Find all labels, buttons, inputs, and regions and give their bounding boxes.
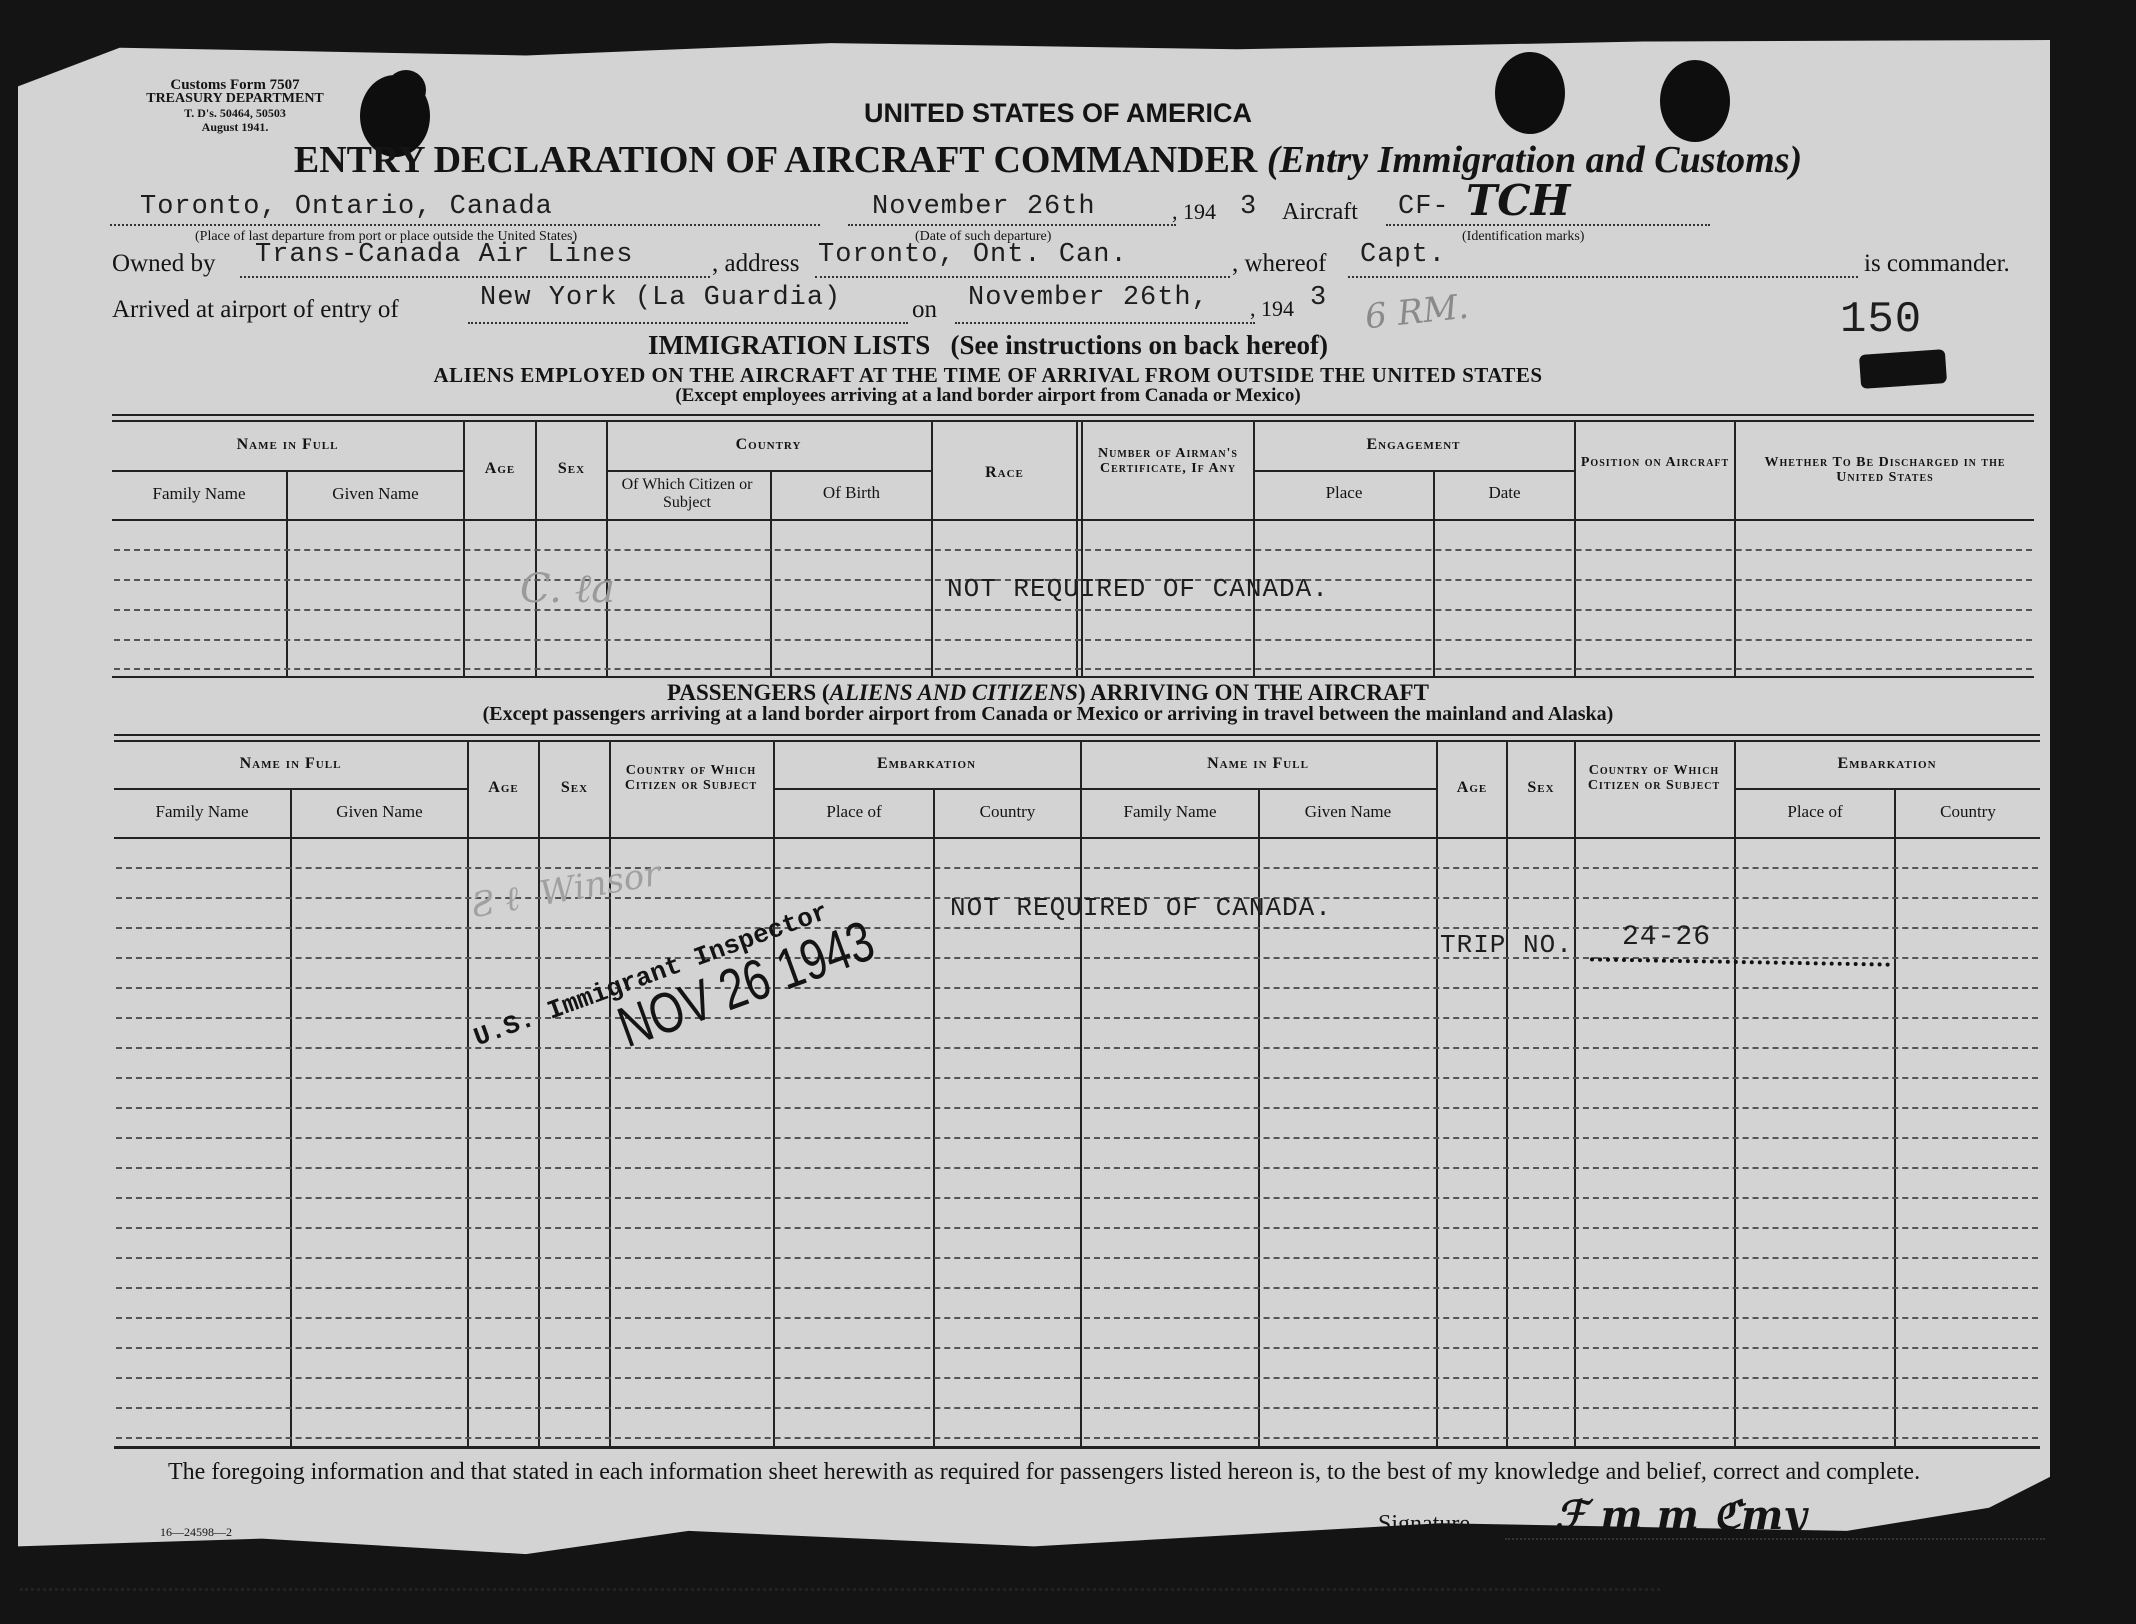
passengers-col-divider bbox=[1436, 741, 1438, 1446]
departure-year-value: 3 bbox=[1240, 192, 1257, 222]
aliens-col-race: Race bbox=[933, 464, 1076, 481]
passengers-group-name-2: Name in Full bbox=[1080, 755, 1436, 772]
passengers-col-sex: Sex bbox=[540, 779, 609, 796]
aircraft-handwritten-marks: TCH bbox=[1466, 176, 1570, 225]
passengers-col-given: Given Name bbox=[292, 803, 467, 821]
passengers-table-row[interactable] bbox=[116, 1317, 2038, 1319]
arrival-date-value: November 26th, bbox=[968, 283, 1209, 313]
form-bottom-dots bbox=[20, 1588, 1660, 1591]
immigration-heading-title: IMMIGRATION LISTS bbox=[648, 330, 930, 360]
arrived-at-label: Arrived at airport of entry of bbox=[112, 296, 399, 324]
immigration-heading-note: (See instructions on back hereof) bbox=[951, 330, 1329, 360]
passengers-col-place: Place of bbox=[775, 803, 933, 821]
aliens-col-date: Date bbox=[1435, 484, 1574, 502]
arrived-at-line bbox=[468, 322, 908, 324]
passengers-table-top-line-1 bbox=[114, 734, 2040, 736]
page-title-main: ENTRY DECLARATION OF AIRCRAFT COMMANDER bbox=[294, 139, 1257, 181]
passengers-col-given-2: Given Name bbox=[1260, 803, 1436, 821]
passengers-table-row[interactable] bbox=[116, 1047, 2038, 1049]
passengers-table-top-line-2 bbox=[114, 740, 2040, 742]
passengers-table-row[interactable] bbox=[116, 1077, 2038, 1079]
passengers-col-country: Country bbox=[935, 803, 1080, 821]
page-title-sub: (Entry Immigration and Customs) bbox=[1267, 139, 1802, 181]
passengers-table-bottom-line bbox=[114, 1446, 2040, 1449]
aliens-table-top-line-1 bbox=[112, 414, 2034, 416]
trip-number-value: 24-26 bbox=[1622, 922, 1711, 953]
passengers-table-row[interactable] bbox=[116, 1137, 2038, 1139]
arrival-year-prefix: , 194 bbox=[1250, 296, 1294, 322]
passengers-table-row[interactable] bbox=[116, 927, 2038, 929]
whereof-line bbox=[1348, 276, 1858, 278]
address-value: Toronto, Ont. Can. bbox=[818, 240, 1128, 270]
passengers-col-place-2: Place of bbox=[1736, 803, 1894, 821]
aliens-col-certificate: Number of Airman's Certificate, If Any bbox=[1088, 446, 1248, 476]
aliens-table-row[interactable] bbox=[114, 668, 2032, 670]
owned-by-value: Trans-Canada Air Lines bbox=[255, 240, 633, 270]
form-number: 16—24598—2 bbox=[160, 1525, 232, 1540]
passengers-table-row[interactable] bbox=[116, 1407, 2038, 1409]
passengers-table-row[interactable] bbox=[116, 1167, 2038, 1169]
passengers-table-row[interactable] bbox=[116, 1197, 2038, 1199]
aliens-group-engagement: Engagement bbox=[1253, 436, 1574, 453]
passengers-col-sex-2: Sex bbox=[1508, 779, 1574, 796]
departure-place-value: Toronto, Ontario, Canada bbox=[140, 192, 553, 222]
passengers-not-required-stamp: NOT REQUIRED OF CANADA. bbox=[950, 893, 1332, 923]
signature-label: Signature bbox=[1378, 1511, 1470, 1538]
passengers-table-row[interactable] bbox=[116, 1377, 2038, 1379]
passengers-col-age: Age bbox=[469, 779, 538, 796]
aliens-table-row[interactable] bbox=[114, 549, 2032, 551]
aliens-not-required-stamp: NOT REQUIRED OF CANADA. bbox=[947, 574, 1329, 604]
commander-signature: ℱ m m ℭmy bbox=[1555, 1492, 1807, 1539]
aliens-col-citizen: Of Which Citizen or Subject bbox=[612, 476, 762, 512]
passengers-col-divider bbox=[1080, 741, 1082, 1446]
arrived-at-value: New York (La Guardia) bbox=[480, 283, 841, 313]
aircraft-caption: (Identification marks) bbox=[1462, 229, 1584, 245]
aliens-col-sex: Sex bbox=[537, 460, 606, 477]
aliens-col-family: Family Name bbox=[112, 485, 286, 503]
aliens-table-top-line-2 bbox=[112, 420, 2034, 422]
page-title: ENTRY DECLARATION OF AIRCRAFT COMMANDER … bbox=[0, 138, 2116, 182]
passengers-group-embarkation-2: Embarkation bbox=[1734, 755, 2040, 772]
passengers-header-bottom-line bbox=[114, 837, 2040, 839]
owned-by-line bbox=[240, 276, 710, 278]
passengers-col-country-2: Country bbox=[1896, 803, 2040, 821]
declaration-text: The foregoing information and that state… bbox=[112, 1459, 2042, 1485]
passengers-table-row[interactable] bbox=[116, 1347, 2038, 1349]
passengers-col-divider bbox=[609, 741, 611, 1446]
aliens-col-birth: Of Birth bbox=[772, 484, 931, 502]
passengers-col-citizen: Country of Which Citizen or Subject bbox=[614, 763, 768, 793]
arrival-date-line bbox=[955, 322, 1255, 324]
aliens-group-country: Country bbox=[606, 436, 931, 453]
passengers-table-row[interactable] bbox=[116, 1017, 2038, 1019]
aircraft-value: CF- bbox=[1398, 192, 1450, 222]
address-label: , address bbox=[712, 250, 799, 278]
departure-place-line bbox=[110, 224, 820, 226]
passengers-col-family-2: Family Name bbox=[1082, 803, 1258, 821]
departure-date-value: November 26th bbox=[872, 192, 1096, 222]
trip-number-label: TRIP NO. bbox=[1440, 930, 1573, 960]
passengers-col-divider bbox=[1734, 741, 1736, 1446]
aliens-engagement-subline bbox=[1253, 470, 1574, 472]
aliens-group-name: Name in Full bbox=[112, 436, 463, 453]
passengers-group-name: Name in Full bbox=[114, 755, 467, 772]
arrival-date-label: on bbox=[912, 296, 937, 324]
address-line bbox=[815, 276, 1230, 278]
form-id-line1: Customs Form 7507 bbox=[100, 78, 370, 92]
passengers-col-divider bbox=[538, 741, 540, 1446]
passengers-table-row[interactable] bbox=[116, 987, 2038, 989]
country-title: UNITED STATES OF AMERICA bbox=[0, 98, 2126, 129]
passengers-table-row[interactable] bbox=[116, 867, 2038, 869]
aliens-pencil-scribble: C. ℓa bbox=[520, 565, 615, 612]
passengers-heading-b: ) ARRIVING ON THE AIRCRAFT bbox=[1078, 680, 1429, 705]
passengers-col-citizen-2: Country of Which Citizen or Subject bbox=[1578, 763, 1730, 793]
aliens-col-age: Age bbox=[465, 460, 535, 477]
passengers-table-row[interactable] bbox=[116, 1227, 2038, 1229]
aliens-table-bottom-line bbox=[112, 676, 2034, 678]
whereof-suffix: is commander. bbox=[1864, 250, 2010, 278]
passengers-col-divider bbox=[1574, 741, 1576, 1446]
passengers-table-row[interactable] bbox=[116, 1257, 2038, 1259]
passengers-col-age-2: Age bbox=[1438, 779, 1506, 796]
passengers-table-row[interactable] bbox=[116, 1437, 2038, 1439]
passengers-group-embarkation: Embarkation bbox=[773, 755, 1080, 772]
aliens-header-bottom-line bbox=[112, 519, 2034, 521]
owned-by-label: Owned by bbox=[112, 250, 215, 278]
arrival-year-value: 3 bbox=[1310, 283, 1327, 313]
aliens-table-row[interactable] bbox=[114, 639, 2032, 641]
aliens-col-given: Given Name bbox=[288, 485, 463, 503]
aliens-note: (Except employees arriving at a land bor… bbox=[0, 385, 2056, 407]
aliens-col-place: Place bbox=[1255, 484, 1433, 502]
passengers-note: (Except passengers arriving at a land bo… bbox=[0, 703, 2116, 726]
aliens-table-row[interactable] bbox=[114, 609, 2032, 611]
whereof-label: , whereof bbox=[1232, 250, 1326, 278]
passengers-table-row[interactable] bbox=[116, 1107, 2038, 1109]
passengers-col-divider bbox=[1506, 741, 1508, 1446]
signature-caption: (Aircraft commander) bbox=[1680, 1540, 1813, 1556]
aliens-country-subline bbox=[606, 470, 931, 472]
aircraft-line bbox=[1386, 224, 1710, 226]
aliens-col-discharged: Whether To Be Discharged in the United S… bbox=[1740, 455, 2030, 485]
whereof-value: Capt. bbox=[1360, 240, 1446, 270]
departure-date-line bbox=[848, 224, 1176, 226]
immigration-heading: IMMIGRATION LISTS (See instructions on b… bbox=[0, 330, 2056, 361]
passengers-table-row[interactable] bbox=[116, 957, 2038, 959]
aliens-col-position: Position on Aircraft bbox=[1580, 455, 1730, 470]
passengers-heading-a: PASSENGERS ( bbox=[667, 680, 830, 705]
passengers-table-row[interactable] bbox=[116, 1287, 2038, 1289]
passengers-embark2-subline bbox=[1734, 788, 2040, 790]
passengers-col-family: Family Name bbox=[114, 803, 290, 821]
passengers-heading-italic: ALIENS AND CITIZENS bbox=[830, 680, 1078, 705]
departure-year-prefix: , 194 bbox=[1172, 199, 1216, 225]
aircraft-label: Aircraft bbox=[1282, 199, 1358, 226]
passengers-col-divider bbox=[773, 741, 775, 1446]
passengers-embark-subline bbox=[773, 788, 1080, 790]
passengers-col-divider bbox=[467, 741, 469, 1446]
